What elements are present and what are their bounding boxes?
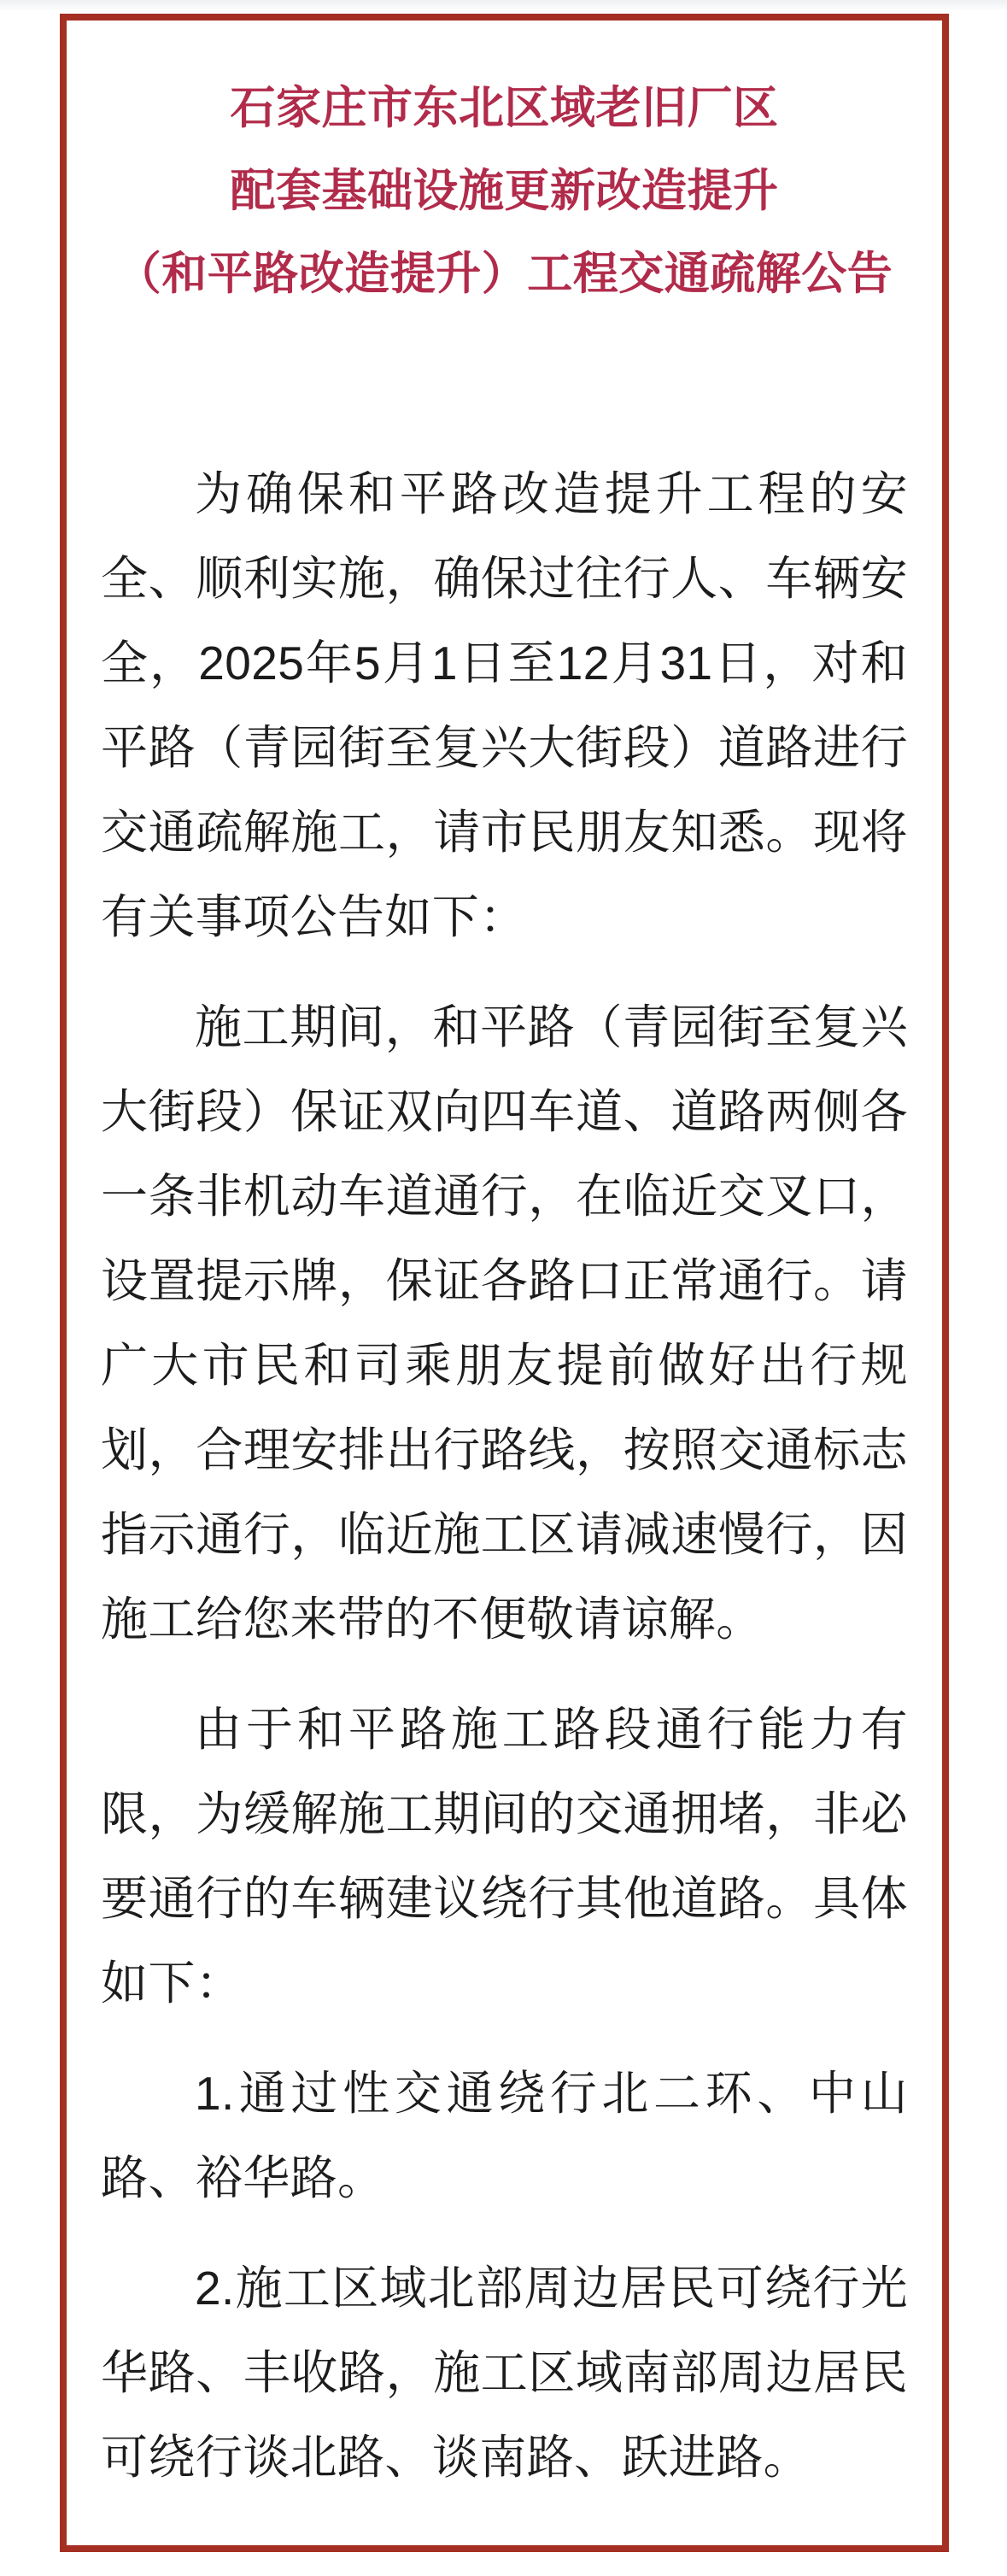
notice-title: 石家庄市东北区域老旧厂区 配套基础设施更新改造提升 （和平路改造提升）工程交通疏… [101, 67, 908, 315]
notice-paragraph: 为确保和平路改造提升工程的安全、顺利实施，确保过往行人、车辆安全，2025年5月… [101, 452, 908, 959]
notice-frame: 石家庄市东北区域老旧厂区 配套基础设施更新改造提升 （和平路改造提升）工程交通疏… [60, 14, 949, 2552]
notice-paragraph: 2.施工区域北部周边居民可绕行光华路、丰收路，施工区域南部周边居民可绕行谈北路、… [101, 2246, 908, 2500]
notice-paragraph: 由于和平路施工路段通行能力有限，为缓解施工期间的交通拥堵，非必要通行的车辆建议绕… [101, 1687, 908, 2026]
notice-title-line: （和平路改造提升）工程交通疏解公告 [101, 232, 908, 315]
notice-title-line: 石家庄市东北区域老旧厂区 [101, 67, 908, 150]
notice-paragraph: 1.通过性交通绕行北二环、中山路、裕华路。 [101, 2051, 908, 2221]
notice-title-line: 配套基础设施更新改造提升 [101, 150, 908, 232]
notice-body: 为确保和平路改造提升工程的安全、顺利实施，确保过往行人、车辆安全，2025年5月… [101, 452, 908, 2500]
notice-paragraph: 施工期间，和平路（青园街至复兴大街段）保证双向四车道、道路两侧各一条非机动车道通… [101, 985, 908, 1662]
top-fade-band [0, 0, 1007, 11]
